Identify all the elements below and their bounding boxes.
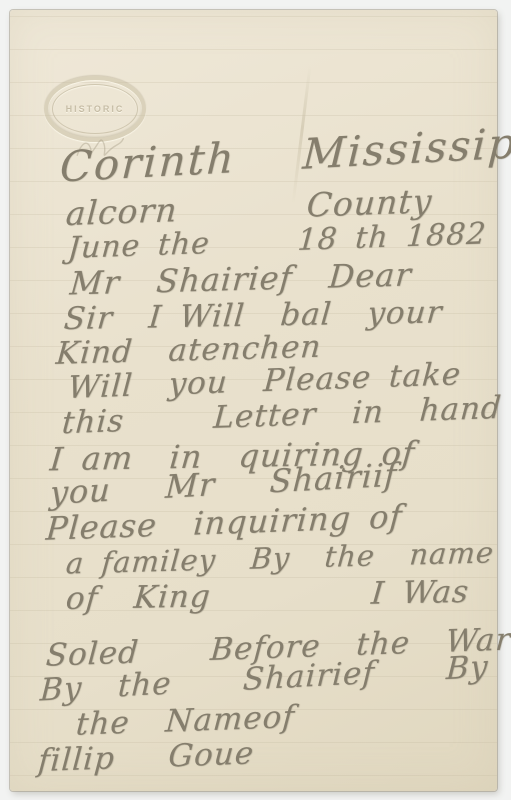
scan-background: HISTORIC Corinth Mississippi alcorn Coun… [0, 0, 511, 800]
letter-body: Corinth Mississippi alcorn County June t… [10, 142, 497, 780]
letter-line: of King I Was [8, 574, 498, 618]
letter-page: HISTORIC Corinth Mississippi alcorn Coun… [10, 10, 497, 791]
seal-text: HISTORIC [66, 104, 125, 114]
